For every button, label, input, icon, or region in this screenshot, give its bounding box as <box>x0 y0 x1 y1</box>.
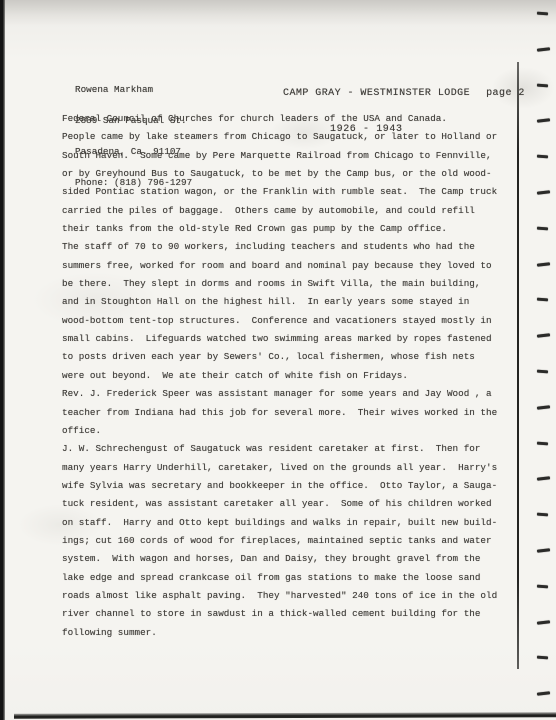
page-number: page 2 <box>486 88 525 99</box>
edge-dash <box>537 119 550 123</box>
text-line: tuck resident, was assistant caretaker a… <box>62 495 522 513</box>
text-line: summers free, worked for room and board … <box>62 257 522 275</box>
edge-dash <box>537 656 548 660</box>
edge-dash <box>537 441 548 445</box>
text-line: wife Sylvia was secretary and bookkeeper… <box>62 477 522 495</box>
document-title: CAMP GRAY - WESTMINSTER LODGE <box>283 88 470 99</box>
text-line: teacher from Indiana had this job for se… <box>62 404 522 422</box>
text-line: wood-bottom tent-top structures. Confere… <box>62 312 522 330</box>
edge-dash <box>537 262 550 266</box>
text-line: South Haven. Some came by Pere Marquette… <box>62 147 522 165</box>
text-line: following summer. <box>62 624 522 642</box>
vertical-rule-line <box>517 62 519 669</box>
edge-dash <box>537 334 550 338</box>
text-line: The staff of 70 to 90 workers, including… <box>62 238 522 256</box>
text-line: sided Pontiac station wagon, or the Fran… <box>62 183 522 201</box>
scan-edge-bottom <box>14 712 556 718</box>
text-line: to posts driven each year by Sewers' Co.… <box>62 348 522 366</box>
text-line: and in Stoughton Hall on the highest hil… <box>62 293 522 311</box>
text-line: J. W. Schrechengust of Saugatuck was res… <box>62 440 522 458</box>
text-line: office. <box>62 422 522 440</box>
text-line: many years Harry Underhill, caretaker, l… <box>62 459 522 477</box>
edge-dash <box>537 584 548 588</box>
text-line: lake edge and spread crankcase oil from … <box>62 569 522 587</box>
text-line: small cabins. Lifeguards watched two swi… <box>62 330 522 348</box>
text-line: were out beyond. We ate their catch of w… <box>62 367 522 385</box>
document-body: Federal Council of Churches for church l… <box>62 110 522 642</box>
edge-dash <box>537 226 548 230</box>
text-line: or by Greyhound Bus to Saugatuck, to be … <box>62 165 522 183</box>
text-line: on staff. Harry and Otto kept buildings … <box>62 514 522 532</box>
edge-dash <box>537 83 548 87</box>
edge-dash <box>537 513 548 517</box>
text-line: ings; cut 160 cords of wood for fireplac… <box>62 532 522 550</box>
edge-dash <box>537 190 550 194</box>
scan-shadow-top <box>0 0 556 26</box>
edge-dash <box>537 692 550 696</box>
text-line: river channel to store in sawdust in a t… <box>62 605 522 623</box>
text-line: system. With wagon and horses, Dan and D… <box>62 550 522 568</box>
edge-dash <box>537 370 548 374</box>
sender-name: Rowena Markham <box>75 85 192 95</box>
edge-dash <box>537 620 550 624</box>
text-line: People came by lake steamers from Chicag… <box>62 128 522 146</box>
edge-dash <box>537 47 550 51</box>
edge-dash <box>537 155 548 159</box>
scan-edge-left <box>0 0 5 720</box>
text-line: their tanks from the old-style Red Crown… <box>62 220 522 238</box>
text-line: carried the piles of baggage. Others cam… <box>62 202 522 220</box>
edge-dash <box>537 477 550 481</box>
edge-dash <box>537 548 550 552</box>
text-line: Federal Council of Churches for church l… <box>62 110 522 128</box>
scanned-document-page: Rowena Markham 2889 San Pasqual St. Pasa… <box>0 0 556 720</box>
text-line: be there. They slept in dorms and rooms … <box>62 275 522 293</box>
text-line: Rev. J. Frederick Speer was assistant ma… <box>62 385 522 403</box>
text-line: roads almost like asphalt paving. They "… <box>62 587 522 605</box>
edge-dash <box>537 405 550 409</box>
edge-dash <box>537 298 548 302</box>
